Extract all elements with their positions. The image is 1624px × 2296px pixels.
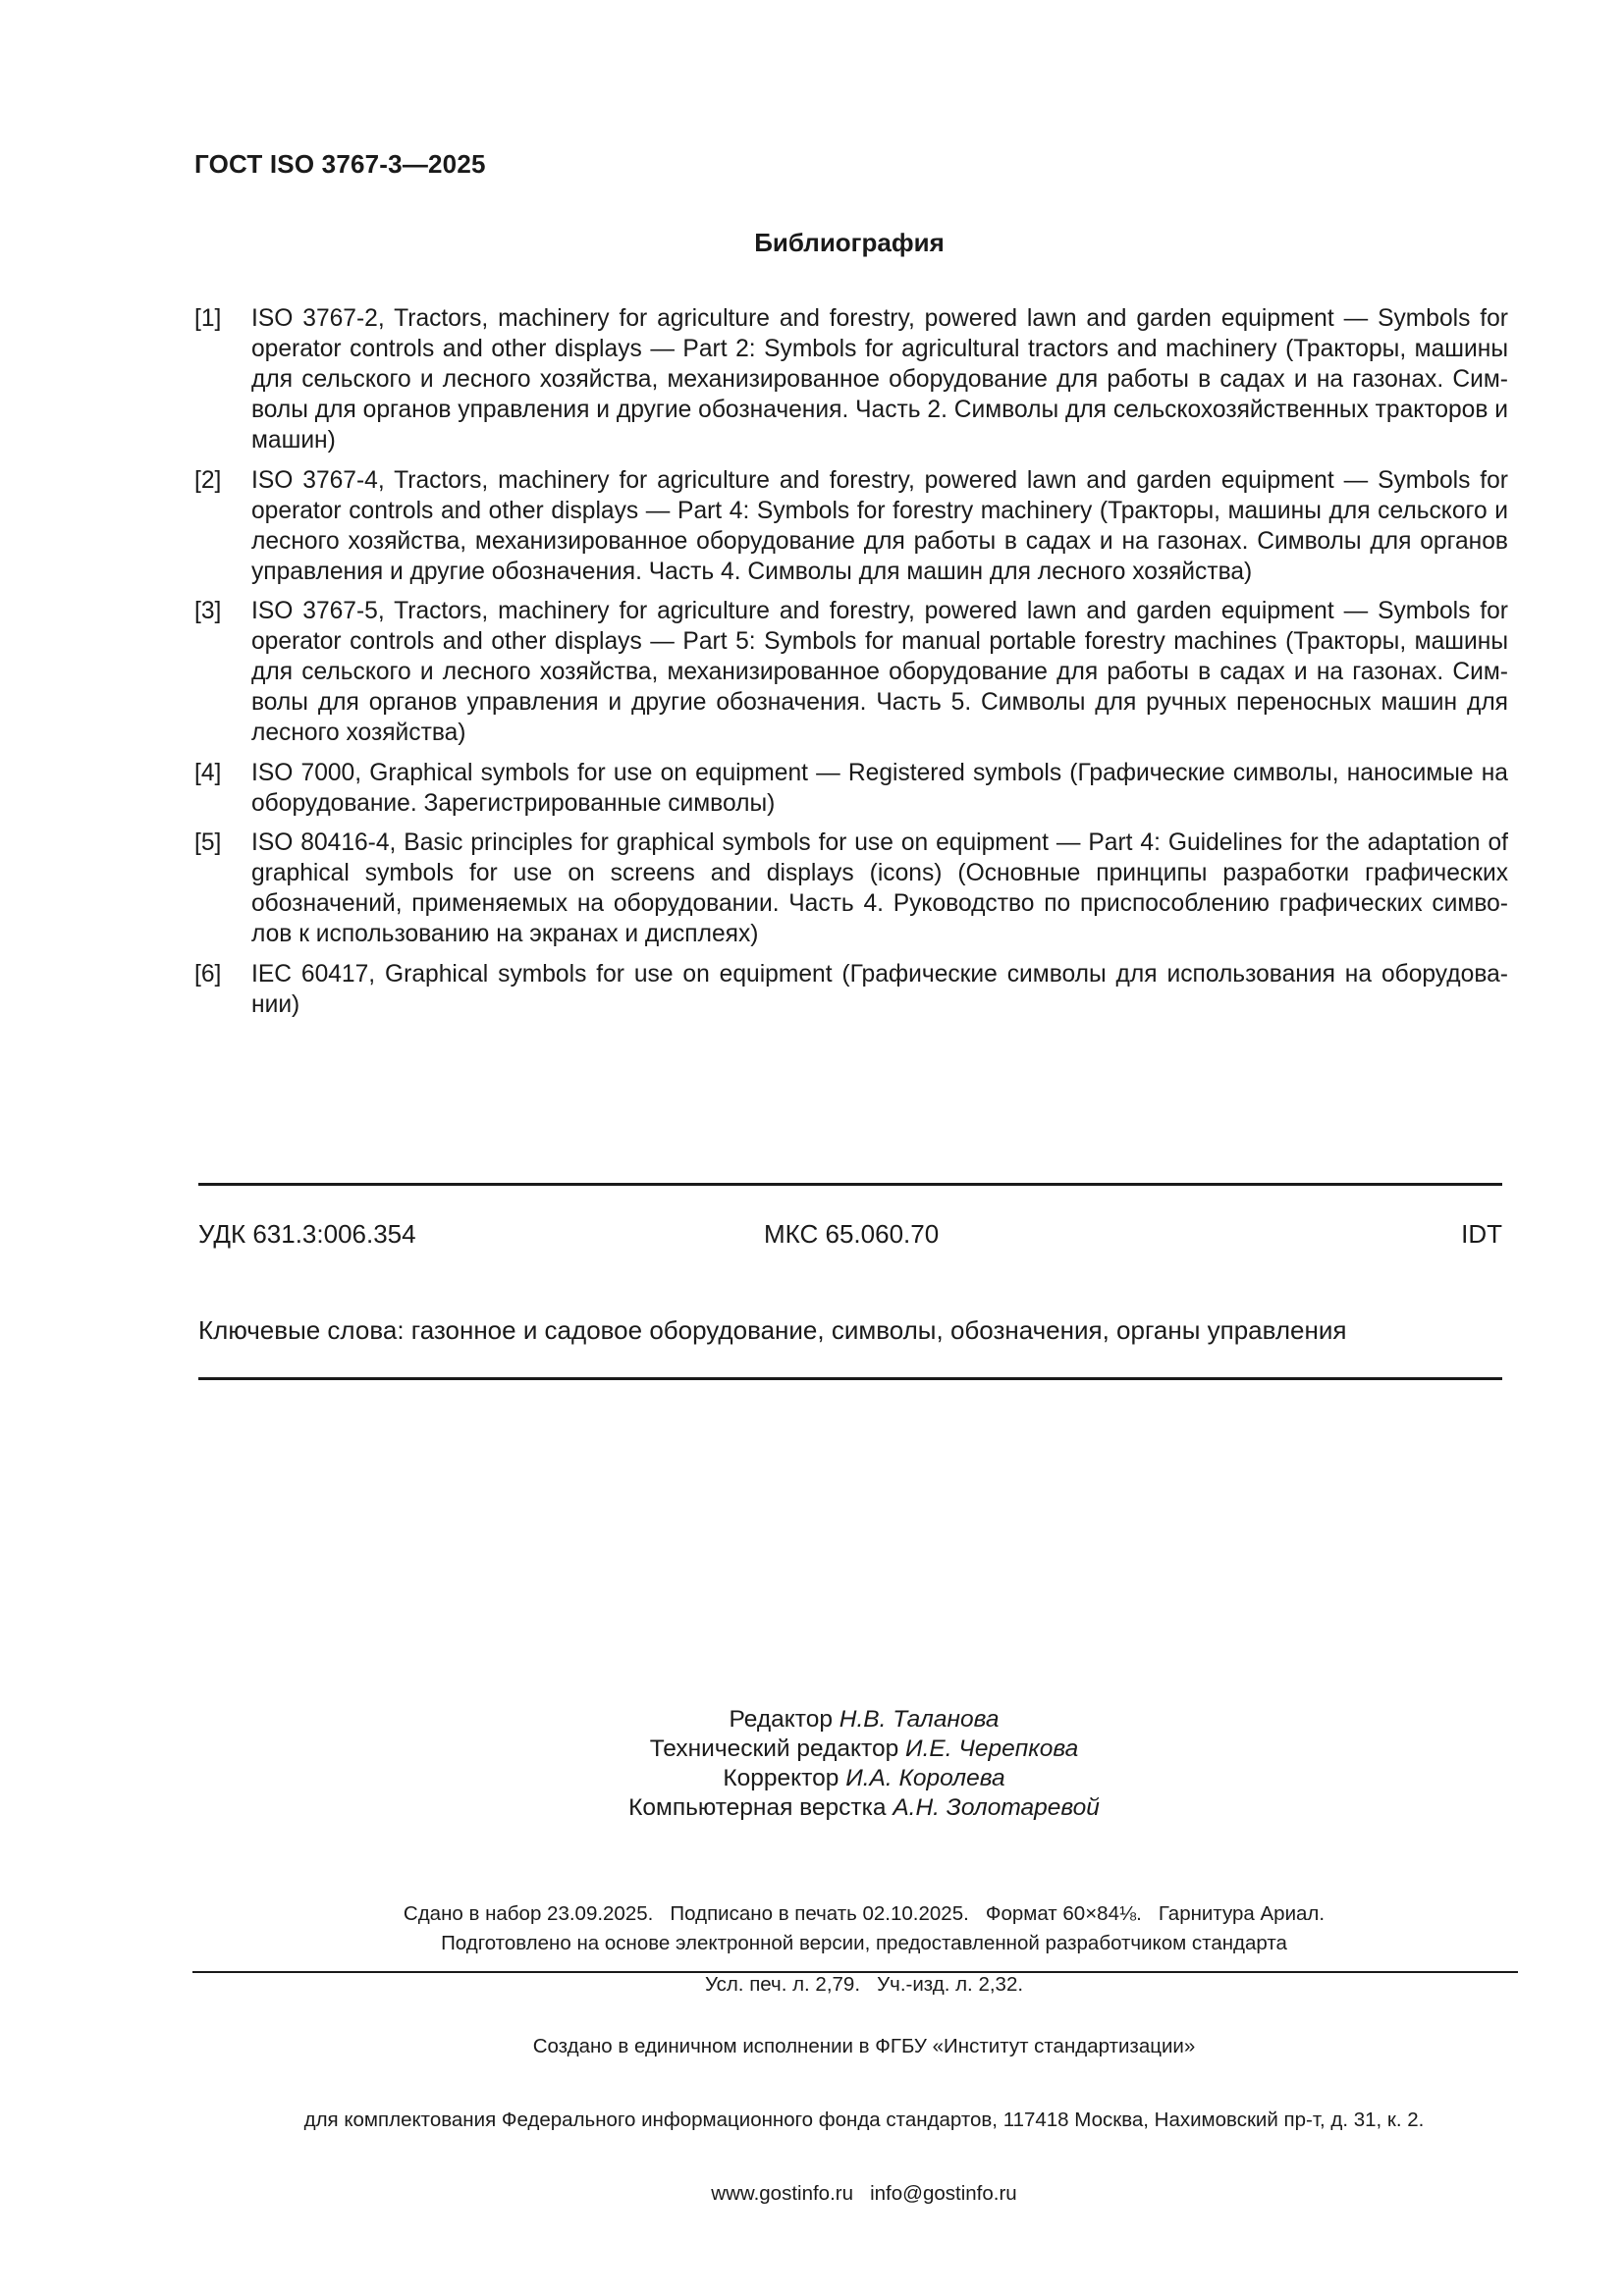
credit-name: Н.В. Таланова (839, 1706, 1000, 1733)
entry-number: [4] (194, 758, 251, 819)
entry-text: ISO 3767-4, Tractors, machinery for agri… (251, 465, 1508, 587)
divider-top (198, 1183, 1502, 1186)
email-link[interactable]: info@gostinfo.ru (870, 2182, 1017, 2205)
keywords: Ключевые слова: газонное и садовое обору… (198, 1315, 1346, 1346)
entry-number: [5] (194, 828, 251, 949)
publisher-divider (192, 1971, 1518, 1973)
entry-text: ISO 3767-5, Tractors, machinery for agri… (251, 596, 1508, 748)
divider-bottom (198, 1377, 1502, 1380)
credit-name: А.Н. Золотаревой (893, 1794, 1100, 1821)
publisher-contacts: www.gostinfo.ru info@gostinfo.ru (0, 2181, 1624, 2206)
credit-role: Корректор (723, 1765, 839, 1791)
classification-row: УДК 631.3:006.354 МКС 65.060.70 IDT (198, 1219, 1502, 1251)
credit-role: Технический редактор (650, 1735, 899, 1762)
imprint-line: Сдано в набор 23.09.2025. Подписано в пе… (0, 1902, 1624, 1926)
mks-code: МКС 65.060.70 (764, 1219, 939, 1250)
bibliography-entry: [5] ISO 80416-4, Basic principles for gr… (194, 828, 1508, 949)
entry-number: [3] (194, 596, 251, 748)
section-title: Библиография (0, 228, 1624, 258)
credit-line: Технический редактор И.Е. Черепкова (0, 1735, 1624, 1764)
credit-name: И.Е. Черепкова (905, 1735, 1078, 1762)
entry-text: ISO 7000, Graphical symbols for use on e… (251, 758, 1508, 819)
document-code: ГОСТ ISO 3767-3—2025 (194, 149, 486, 180)
credit-name: И.А. Королева (845, 1765, 1004, 1791)
publisher-info: Создано в единичном исполнении в ФГБУ «И… (0, 1985, 1624, 2230)
credit-line: Корректор И.А. Королева (0, 1764, 1624, 1793)
credit-line: Редактор Н.В. Таланова (0, 1705, 1624, 1735)
bibliography-entry: [4] ISO 7000, Graphical symbols for use … (194, 758, 1508, 819)
bibliography-entry: [6] IEC 60417, Graphical symbols for use… (194, 959, 1508, 1020)
bibliography-entry: [3] ISO 3767-5, Tractors, machinery for … (194, 596, 1508, 748)
credit-role: Компьютерная верстка (628, 1794, 886, 1821)
prepared-note: Подготовлено на основе электронной верси… (0, 1932, 1624, 1955)
bibliography-list: [1] ISO 3767-2, Tractors, machinery for … (194, 303, 1508, 1029)
website-link[interactable]: www.gostinfo.ru (711, 2182, 853, 2205)
entry-number: [2] (194, 465, 251, 587)
publisher-line: Создано в единичном исполнении в ФГБУ «И… (0, 2034, 1624, 2058)
bibliography-entry: [2] ISO 3767-4, Tractors, machinery for … (194, 465, 1508, 587)
entry-number: [1] (194, 303, 251, 455)
entry-number: [6] (194, 959, 251, 1020)
entry-text: ISO 3767-2, Tractors, machinery for agri… (251, 303, 1508, 455)
credit-role: Редактор (730, 1706, 833, 1733)
entry-text: IEC 60417, Graphical symbols for use on … (251, 959, 1508, 1020)
bibliography-entry: [1] ISO 3767-2, Tractors, machinery for … (194, 303, 1508, 455)
entry-text: ISO 80416-4, Basic principles for graphi… (251, 828, 1508, 949)
publisher-line: для комплектования Федерального информац… (0, 2108, 1624, 2132)
editorial-credits: Редактор Н.В. Таланова Технический редак… (0, 1705, 1624, 1823)
udk-code: УДК 631.3:006.354 (198, 1219, 416, 1250)
equivalence-code: IDT (1461, 1219, 1502, 1250)
credit-line: Компьютерная верстка А.Н. Золотаревой (0, 1793, 1624, 1823)
